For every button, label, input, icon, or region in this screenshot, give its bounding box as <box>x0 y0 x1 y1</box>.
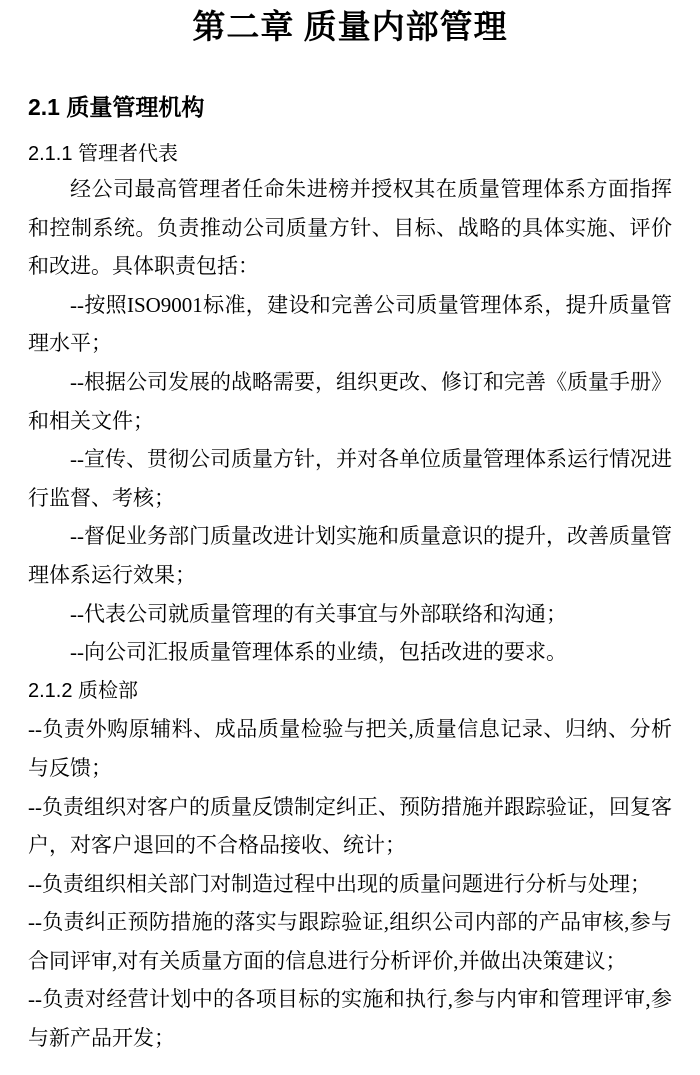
duty-item-2-1-1: --根据公司发展的战略需要，组织更改、修订和完善《质量手册》和相关文件； <box>28 363 672 440</box>
duty-item-2-1-2: --负责组织相关部门对制造过程中出现的质量问题进行分析与处理； <box>28 865 672 904</box>
duty-item-2-1-1: --按照ISO9001标准，建设和完善公司质量管理体系，提升质量管理水平； <box>28 286 672 363</box>
chapter-title: 第二章 质量内部管理 <box>28 6 672 50</box>
subsection-heading-2-1-1: 2.1.1 管理者代表 <box>28 141 672 168</box>
document-page: 第二章 质量内部管理 2.1 质量管理机构 2.1.1 管理者代表 经公司最高管… <box>0 0 700 1075</box>
duty-item-2-1-1: --督促业务部门质量改进计划实施和质量意识的提升，改善质量管理体系运行效果； <box>28 517 672 594</box>
subsection-heading-2-1-2: 2.1.2 质检部 <box>28 672 672 711</box>
duty-item-2-1-2: --负责外购原辅料、成品质量检验与把关,质量信息记录、归纳、分析与反馈； <box>28 710 672 787</box>
section-heading-2-1: 2.1 质量管理机构 <box>28 92 672 122</box>
duty-item-2-1-1: --代表公司就质量管理的有关事宜与外部联络和沟通； <box>28 595 672 634</box>
duty-item-2-1-1: --向公司汇报质量管理体系的业绩，包括改进的要求。 <box>28 633 672 672</box>
duty-item-2-1-1: --宣传、贯彻公司质量方针，并对各单位质量管理体系运行情况进行监督、考核； <box>28 440 672 517</box>
duty-item-2-1-2: --负责对经营计划中的各项目标的实施和执行,参与内审和管理评审,参与新产品开发； <box>28 980 672 1057</box>
duty-item-2-1-2: --负责组织对客户的质量反馈制定纠正、预防措施并跟踪验证，回复客户，对客户退回的… <box>28 788 672 865</box>
duty-item-2-1-2: --负责纠正预防措施的落实与跟踪验证,组织公司内部的产品审核,参与合同评审,对有… <box>28 903 672 980</box>
paragraph-2-1-1-intro: 经公司最高管理者任命朱进榜并授权其在质量管理体系方面指挥和控制系统。负责推动公司… <box>28 170 672 286</box>
